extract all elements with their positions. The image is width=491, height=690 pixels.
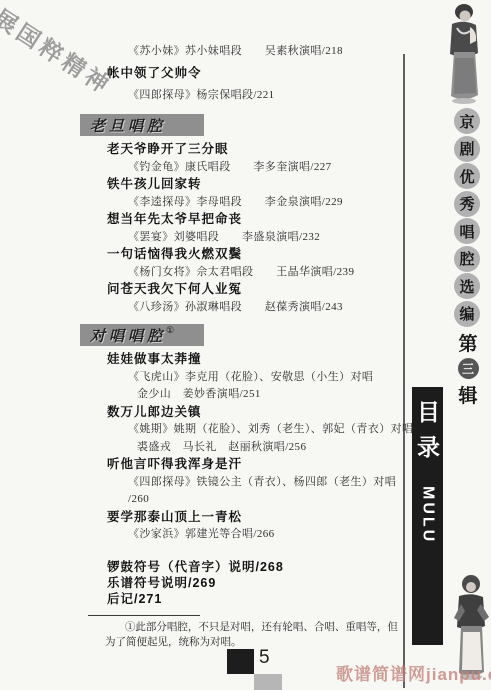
table-of-contents: 《苏小妹》苏小妹唱段 吴素秋演唱/218 帐中领了父帅令 《四郎探母》杨宗保唱段… (80, 40, 410, 650)
mulu-box: 目录 MULU (412, 387, 443, 645)
toc-entry-detail: 《罢宴》刘婆唱段 李盛泉演唱/232 (128, 229, 410, 247)
volume-suffix: 辑 (458, 381, 477, 408)
toc-entry-title: 数万儿郎边关镇 (107, 404, 410, 422)
mulu-cn-label: 目录 (411, 400, 444, 470)
page-number: 5 (259, 647, 270, 669)
toc-entry-title: 帐中领了父帅令 (107, 62, 410, 84)
mulu-en-label: MULU (419, 486, 437, 544)
toc-entry-detail: 《八珍汤》孙淑琳唱段 赵葆秀演唱/243 (128, 299, 410, 317)
toc-entry-title: 想当年先太爷早把命丧 (107, 211, 410, 229)
toc-entry-backmatter: 乐谱符号说明/269 (107, 575, 410, 591)
footnote-text: ①此部分唱腔，不只是对唱，还有轮唱、合唱、重唱等，但为了简便起见，统称为对唱。 (105, 620, 400, 650)
toc-page: 展国粹精神 京 剧 优 秀 唱 腔 选 编 第 三 辑 目录 MULU (0, 0, 491, 690)
series-circle: 编 (454, 301, 480, 327)
series-circle: 秀 (454, 191, 480, 217)
series-circle: 剧 (454, 136, 480, 162)
toc-entry-detail: 《四郎探母》铁镜公主（青衣）、杨四郎（老生）对唱 (128, 474, 410, 492)
toc-entry-performers: 金少山 姜妙香演唱/251 (137, 386, 410, 404)
volume-number-circle: 三 (458, 358, 479, 379)
toc-entry-detail: 《姚期》姚期（花脸）、刘秀（老生）、郭妃（青衣）对唱 (128, 421, 410, 439)
footer-gray-square (254, 674, 282, 690)
toc-entry-page: /260 (128, 491, 410, 509)
section-header-label: 老旦唱腔 (90, 115, 166, 136)
series-circle: 腔 (454, 246, 480, 272)
section-header-duichang: 对唱唱腔 ① (80, 324, 204, 346)
watermark-bottom-right: 歌谱简谱网jianpu.cn (336, 660, 491, 685)
toc-entry-title: 娃娃做事太莽撞 (107, 351, 410, 369)
section-header-sup: ① (166, 325, 174, 336)
toc-entry-title: 一句话恼得我火燃双鬓 (107, 246, 410, 264)
footer-black-square (227, 649, 254, 674)
toc-entry-title: 要学那泰山顶上一青松 (107, 509, 410, 527)
toc-entry-backmatter: 后记/271 (107, 591, 410, 607)
series-circle: 唱 (454, 218, 480, 244)
toc-entry-performers: 裘盛戎 马长礼 赵丽秋演唱/256 (137, 439, 410, 457)
series-title-column: 京 剧 优 秀 唱 腔 选 编 (454, 108, 482, 328)
section-header-label: 对唱唱腔 (90, 325, 166, 346)
toc-entry-backmatter: 锣鼓符号（代音字）说明/268 (107, 559, 410, 575)
toc-entry-detail: 《苏小妹》苏小妹唱段 吴素秋演唱/218 (128, 40, 410, 62)
series-circle: 选 (454, 273, 480, 299)
toc-entry-detail: 《李逵探母》李母唱段 李金泉演唱/229 (128, 194, 410, 212)
series-circle: 优 (454, 163, 480, 189)
toc-entry-title: 问苍天我欠下何人业冤 (107, 281, 410, 299)
toc-entry-title: 老天爷睁开了三分眼 (107, 141, 410, 159)
toc-entry-detail: 《杨门女将》佘太君唱段 王晶华演唱/239 (128, 264, 410, 282)
series-circle: 京 (454, 108, 480, 134)
opera-figure-top-image (437, 3, 489, 105)
volume-label: 第 三 辑 (454, 329, 482, 408)
footnote-divider (88, 615, 200, 616)
toc-entry-detail: 《钓金龟》康氏唱段 李多奎演唱/227 (128, 159, 410, 177)
toc-entry-detail: 《四郎探母》杨宗保唱段/221 (128, 84, 410, 106)
toc-entry-title: 听他言吓得我浑身是汗 (107, 456, 410, 474)
toc-entry-title: 铁牛孩儿回家转 (107, 176, 410, 194)
volume-prefix: 第 (458, 329, 477, 356)
toc-entry-detail: 《飞虎山》李克用（花脸）、安敬思（小生）对唱 (128, 369, 410, 387)
section-header-laodan: 老旦唱腔 (80, 114, 204, 136)
toc-entry-detail: 《沙家浜》郭建光等合唱/266 (128, 526, 410, 544)
